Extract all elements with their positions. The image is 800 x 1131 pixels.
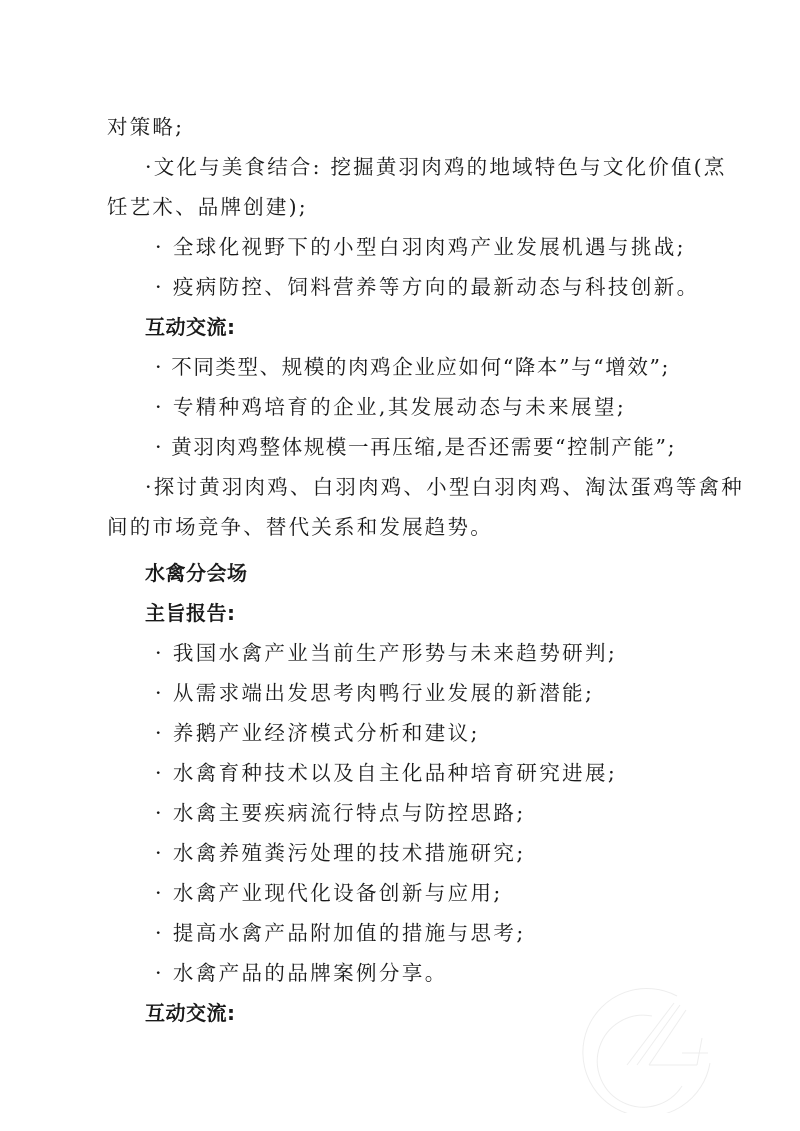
bullet-item: · 全球化视野下的小型白羽肉鸡产业发展机遇与挑战; [107, 227, 713, 267]
section-heading-keynote: 主旨报告: [107, 593, 713, 633]
bullet-item: · 不同类型、规模的肉鸡企业应如何“降本”与“增效”; [107, 347, 713, 387]
bullet-item: · 黄羽肉鸡整体规模一再压缩,是否还需要“控制产能”; [107, 427, 713, 467]
bullet-item: ·文化与美食结合: 挖掘黄羽肉鸡的地域特色与文化价值(烹 [107, 147, 713, 187]
bullet-item: · 水禽产业现代化设备创新与应用; [107, 873, 713, 913]
bullet-item: · 水禽主要疾病流行特点与防控思路; [107, 793, 713, 833]
text-line: 饪艺术、品牌创建); [107, 187, 713, 227]
bullet-item: · 水禽养殖粪污处理的技术措施研究; [107, 833, 713, 873]
text-line: 间的市场竞争、替代关系和发展趋势。 [107, 507, 713, 547]
bullet-item: · 提高水禽产品附加值的措施与思考; [107, 913, 713, 953]
section-title: 水禽分会场 [107, 553, 713, 593]
bullet-item: · 我国水禽产业当前生产形势与未来趋势研判; [107, 633, 713, 673]
bullet-item: · 从需求端出发思考肉鸭行业发展的新潜能; [107, 673, 713, 713]
bullet-item: · 专精种鸡培育的企业,其发展动态与未来展望; [107, 387, 713, 427]
text-line: 对策略; [107, 107, 713, 147]
document-page: 对策略; ·文化与美食结合: 挖掘黄羽肉鸡的地域特色与文化价值(烹 饪艺术、品牌… [0, 0, 800, 1131]
logo-watermark-icon [582, 978, 717, 1113]
section-heading-interactive: 互动交流: [107, 307, 713, 347]
bullet-item: · 水禽育种技术以及自主化品种培育研究进展; [107, 753, 713, 793]
bullet-item: · 养鹅产业经济模式分析和建议; [107, 713, 713, 753]
bullet-item: ·探讨黄羽肉鸡、白羽肉鸡、小型白羽肉鸡、淘汰蛋鸡等禽种 [107, 467, 713, 507]
bullet-item: · 疫病防控、饲料营养等方向的最新动态与科技创新。 [107, 267, 713, 307]
document-body: 对策略; ·文化与美食结合: 挖掘黄羽肉鸡的地域特色与文化价值(烹 饪艺术、品牌… [107, 107, 713, 1033]
